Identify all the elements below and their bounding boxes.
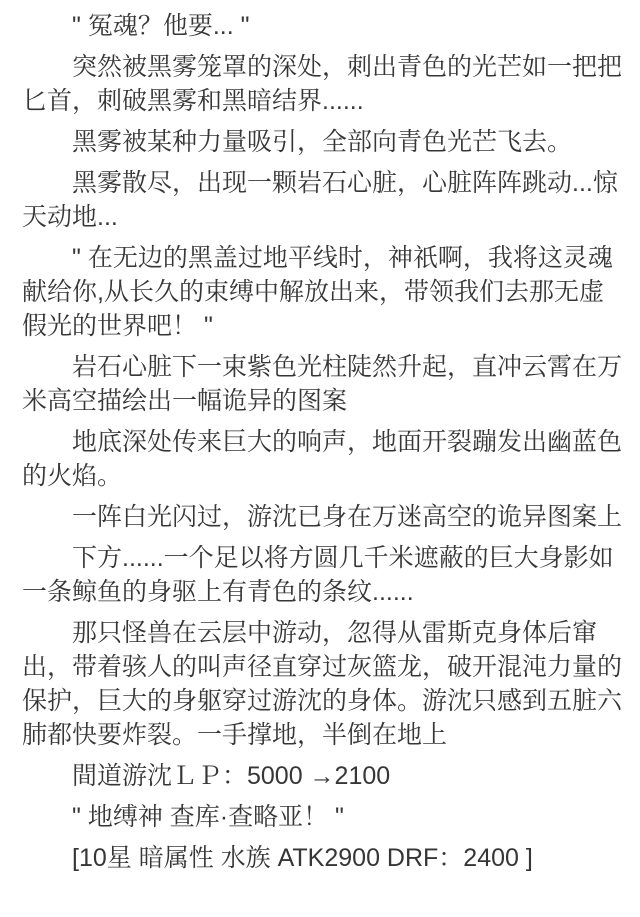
lp-status-line: 間道游沈ＬＰ：5000 →2100 (22, 759, 622, 793)
narration-paragraph: 一阵白光闪过，游沈已身在万迷高空的诡异图案上 (22, 500, 622, 534)
narration-paragraph: 突然被黑雾笼罩的深处，刺出青色的光芒如一把把匕首，刺破黑雾和黑暗结界...... (22, 50, 622, 118)
narration-paragraph: 黑雾散尽，出现一颗岩石心脏，心脏阵阵跳动...惊天动地... (22, 166, 622, 234)
narration-paragraph: 下方......一个足以将方圆几千米遮蔽的巨大身影如一条鲸鱼的身驱上有青色的条纹… (22, 541, 622, 609)
narration-paragraph: 岩石心脏下一束紫色光柱陡然升起，直冲云霄在万米高空描绘出一幅诡异的图案 (22, 350, 622, 418)
narration-paragraph: 那只怪兽在云层中游动，忽得从雷斯克身体后窜出，带着骇人的叫声径直穿过灰篮龙，破开… (22, 616, 622, 752)
narration-paragraph: 黑雾被某种力量吸引，全部向青色光芒飞去。 (22, 125, 622, 159)
dialogue-paragraph: " 冤魂？他要... " (22, 9, 622, 43)
card-stats-line: [10星 暗属性 水族 ATK2900 DRF：2400 ] (22, 841, 622, 875)
narration-paragraph: 地底深处传来巨大的响声，地面开裂蹦发出幽蓝色的火焰。 (22, 425, 622, 493)
novel-reader-page: " 冤魂？他要... " 突然被黑雾笼罩的深处，刺出青色的光芒如一把把匕首，刺破… (0, 0, 640, 917)
dialogue-paragraph: " 在无边的黑盖过地平线时，神祇啊，我将这灵魂献给你,从长久的束缚中解放出来，带… (22, 241, 622, 343)
summon-declaration-line: " 地缚神 查库·查略亚！ " (22, 800, 622, 834)
